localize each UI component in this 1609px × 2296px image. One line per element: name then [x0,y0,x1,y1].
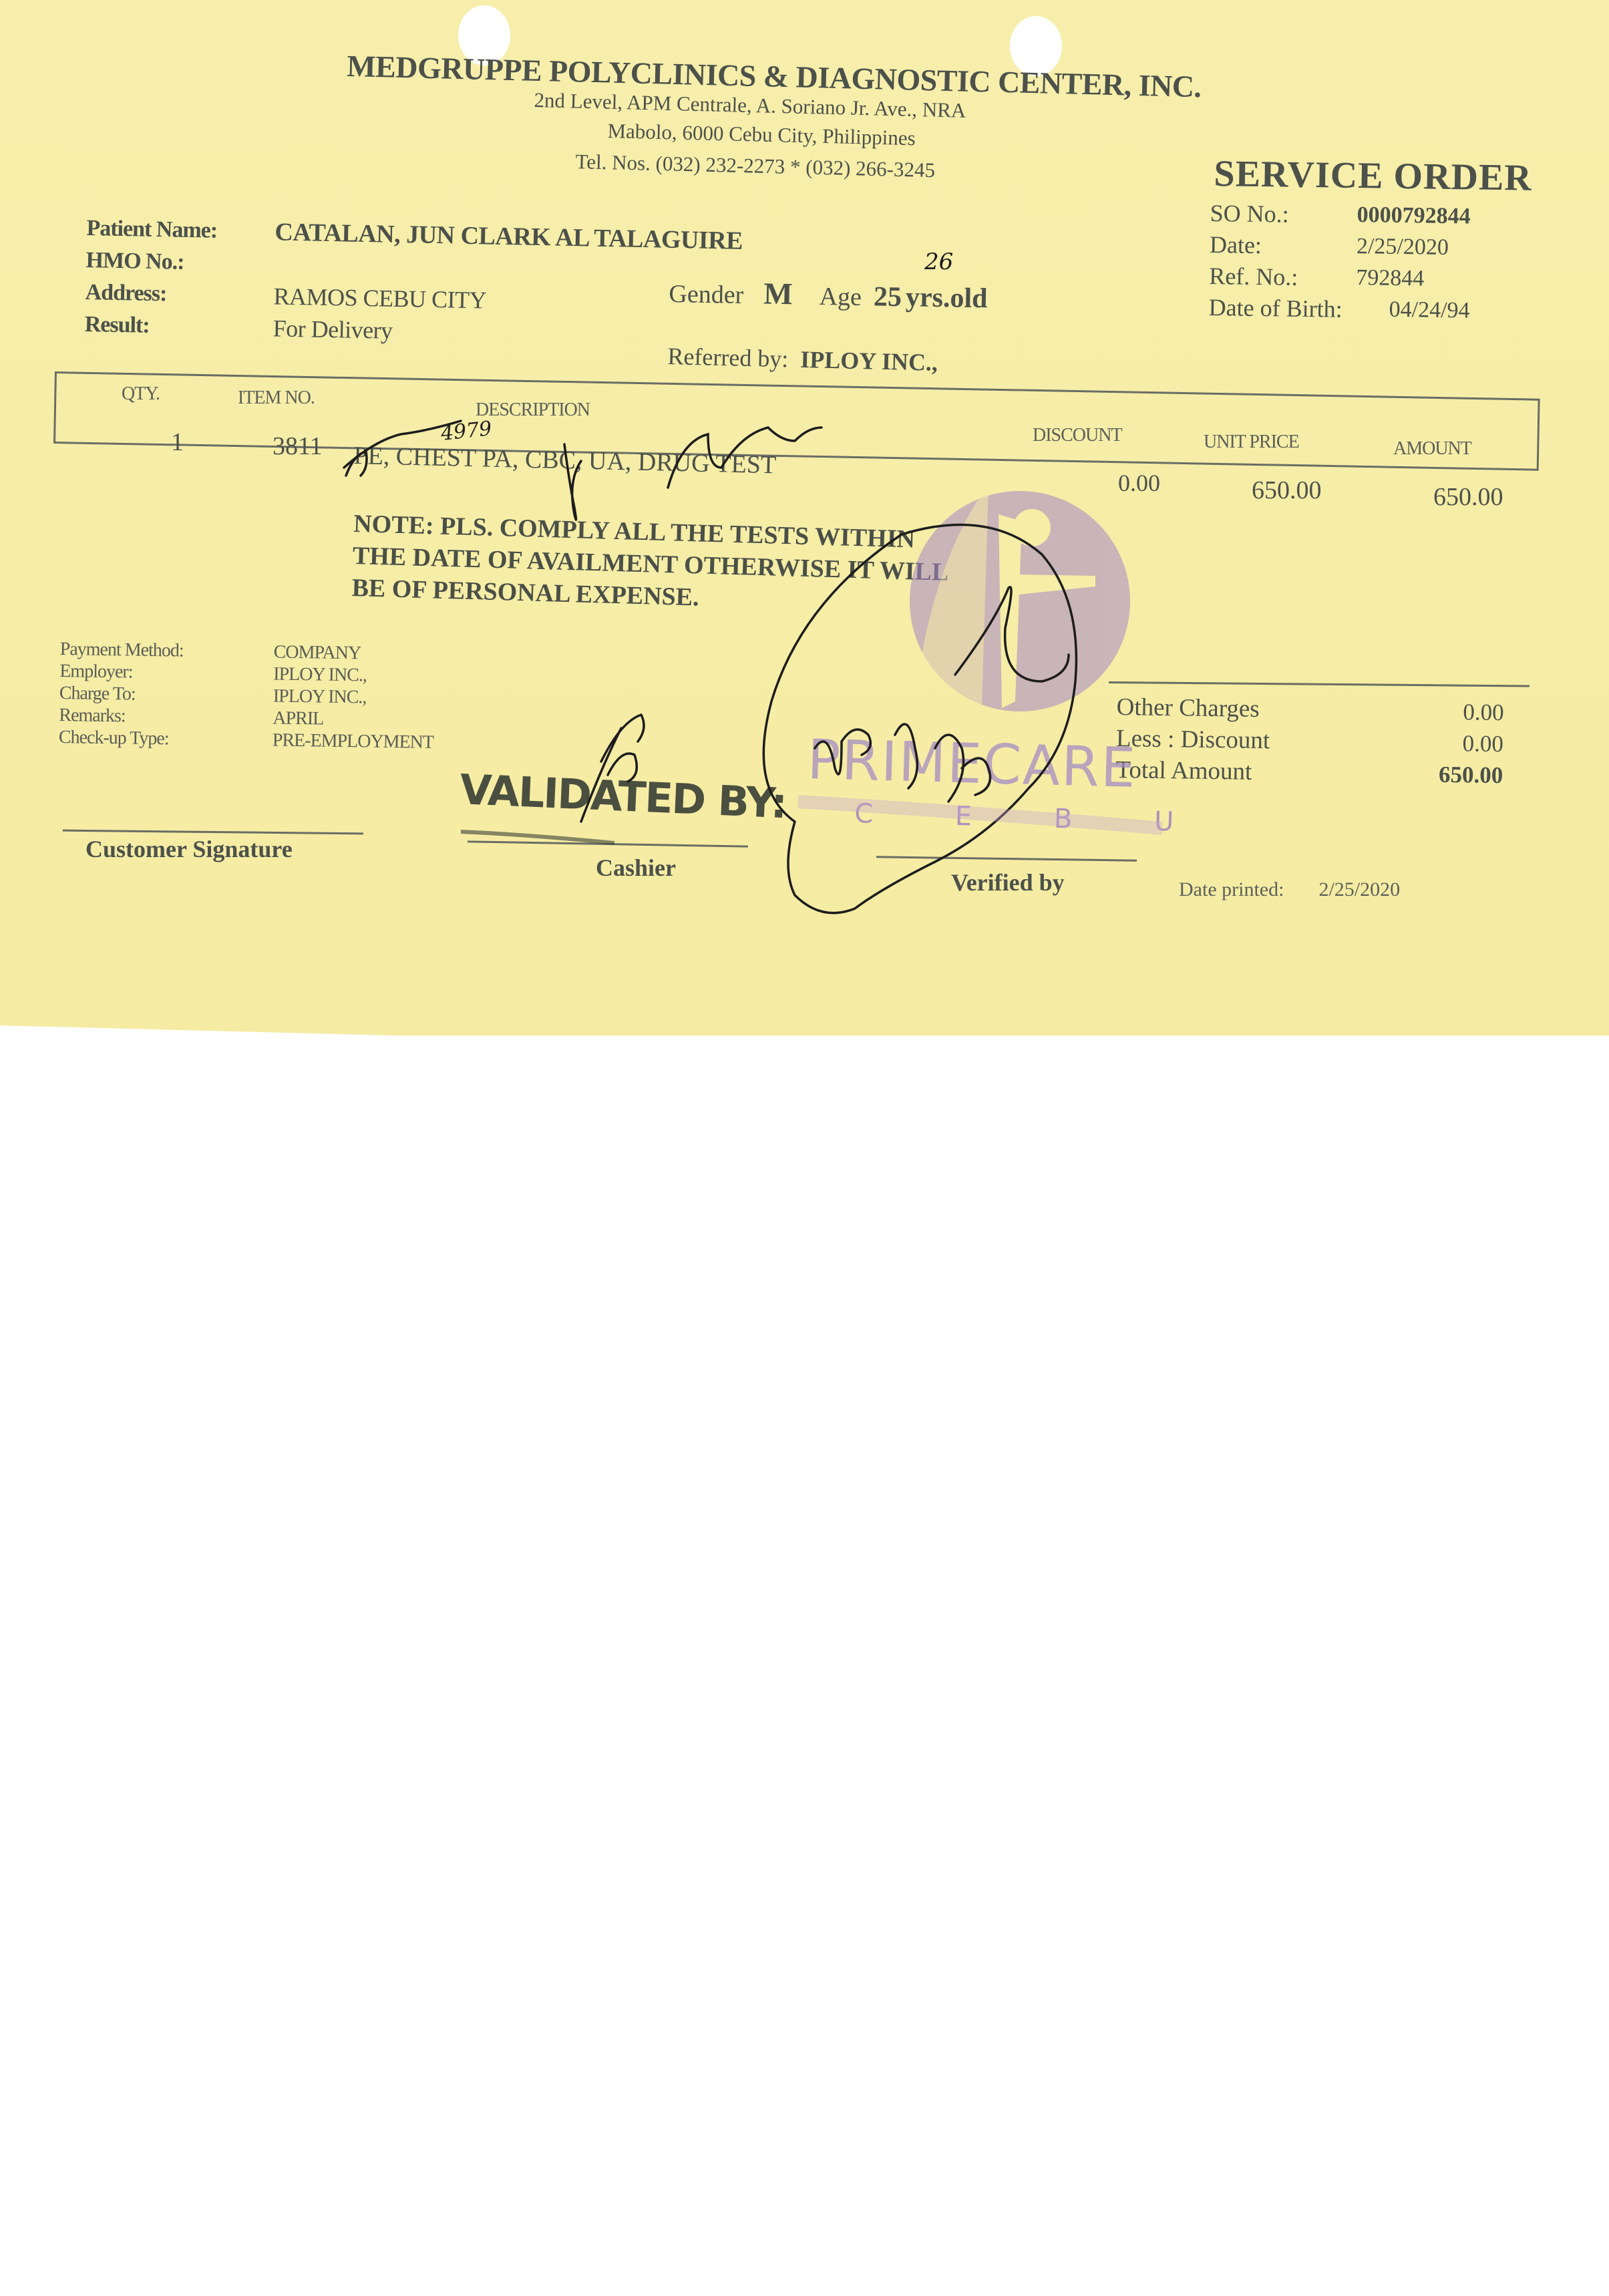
age-suffix: yrs.old [906,282,988,314]
field-label: HMO No.: [85,248,275,277]
payment-info: Payment Method: COMPANY Employer: IPLOY … [59,638,435,754]
patient-address: RAMOS CEBU CITY [273,282,486,314]
age-label: Age [819,283,862,311]
other-charges-value: 0.00 [1397,697,1504,725]
payment-method: COMPANY [274,641,361,664]
primecare-stamp: PRIMECARE [807,728,1138,800]
summary-label: Other Charges [1116,693,1397,725]
referred-by-value: IPLOY INC., [800,346,938,376]
field-label: Patient Name: [86,216,275,244]
column-header-discount: DISCOUNT [1033,425,1122,446]
column-header-qty: QTY. [122,383,160,405]
charges-summary: Other Charges 0.00 Less : Discount 0.00 … [1115,691,1504,791]
date-of-birth: 04/24/94 [1389,297,1469,323]
result-method: For Delivery [273,314,393,344]
so-date: 2/25/2020 [1357,234,1449,261]
ref-number-row: Ref. No.: 792844 [1209,260,1471,295]
field-label: Employer: [59,660,273,684]
date-printed: Date printed:2/25/2020 [1179,878,1400,901]
patient-details: Patient Name: CATALAN, JUN CLARK AL TALA… [84,212,743,353]
field-label: Date of Birth: [1208,293,1389,323]
item-qty: 1 [171,428,184,457]
field-label: Check-up Type: [59,726,273,750]
service-order-details: SO No.: 0000792844 Date: 2/25/2020 Ref. … [1208,197,1471,326]
so-date-row: Date: 2/25/2020 [1210,228,1471,263]
gender-label: Gender [669,280,744,309]
field-label: Result: [84,312,273,341]
item-discount: 0.00 [1118,469,1160,497]
total-amount-row: Total Amount 650.00 [1115,754,1503,791]
item-unit-price: 650.00 [1252,476,1322,505]
column-header-description: DESCRIPTION [476,399,590,421]
field-label: Date: [1210,230,1357,260]
discount-row: Less : Discount 0.00 [1116,723,1504,760]
field-label: Payment Method: [60,638,274,662]
age-value: 25 [874,281,902,313]
handwritten-age-correction: 26 [924,249,953,275]
compliance-note: NOTE: PLS. COMPLY ALL THE TESTS WITHIN T… [351,508,950,621]
employer: IPLOY INC., [273,663,367,686]
gender-age-line: GenderMAge25yrs.old [669,274,988,315]
field-label: Ref. No.: [1209,261,1357,291]
field-label: SO No.: [1210,198,1357,228]
charge-to: IPLOY INC., [273,685,367,708]
ref-number: 792844 [1356,265,1425,291]
other-charges-row: Other Charges 0.00 [1116,691,1504,728]
item-number: 3811 [273,432,323,461]
checkup-type: PRE-EMPLOYMENT [273,729,434,753]
dob-row: Date of Birth: 04/24/94 [1208,291,1470,326]
referred-by-label: Referred by: [667,343,789,372]
item-amount: 650.00 [1433,482,1503,512]
so-number: 0000792844 [1357,202,1471,229]
so-number-row: SO No.: 0000792844 [1210,197,1471,232]
field-label: Remarks: [59,704,273,728]
remarks: APRIL [273,707,323,729]
summary-label: Less : Discount [1116,724,1397,757]
field-label: Charge To: [59,682,273,706]
column-header-amount: AMOUNT [1393,438,1471,460]
discount-value: 0.00 [1397,729,1504,757]
gender-value: M [763,276,793,311]
document-title: SERVICE ORDER [1214,152,1532,200]
column-header-unit-price: UNIT PRICE [1204,432,1299,453]
date-printed-value: 2/25/2020 [1318,878,1400,900]
cashier-label: Cashier [596,854,676,882]
summary-label: Total Amount [1115,756,1397,788]
customer-signature-label: Customer Signature [85,835,293,863]
field-label: Address: [85,280,274,309]
verified-by-label: Verified by [951,868,1065,896]
column-header-item-no: ITEM NO. [238,387,315,409]
total-amount-value: 650.00 [1396,760,1503,788]
date-printed-label: Date printed: [1179,878,1284,900]
